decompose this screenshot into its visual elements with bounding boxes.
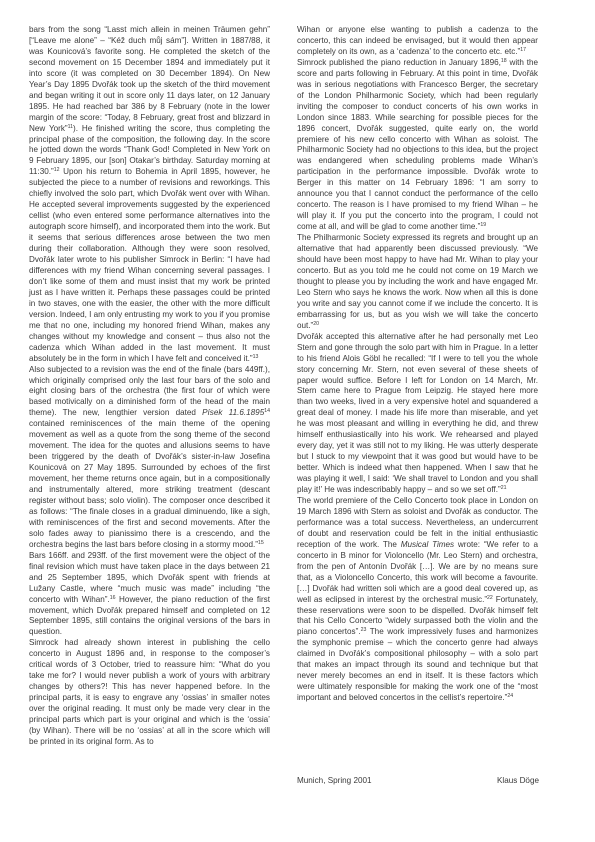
text-run: Simrock had already shown interest in pu… xyxy=(29,638,270,746)
footnote-ref: 15 xyxy=(258,540,264,546)
paragraph: Wihan or anyone else wanting to publish … xyxy=(297,25,538,58)
left-text-column: bars from the song “Lasst mich allein in… xyxy=(29,25,270,748)
signature-author: Klaus Döge xyxy=(497,776,539,785)
italic-text: Musical Times xyxy=(401,540,454,549)
footnote-ref: 14 xyxy=(264,408,270,414)
footnote-ref: 13 xyxy=(253,354,259,360)
signature-place-date: Munich, Spring 2001 xyxy=(297,776,372,785)
footnote-ref: 24 xyxy=(507,693,513,699)
paragraph: Bars 166ff. and 293ff. of the first move… xyxy=(29,551,270,639)
text-run: The work impressively fuses and harmoniz… xyxy=(297,627,538,702)
text-run: Dvořák accepted this alternative after h… xyxy=(297,332,538,494)
right-text-column: Wihan or anyone else wanting to publish … xyxy=(297,25,538,704)
text-run: Wihan or anyone else wanting to publish … xyxy=(297,25,538,56)
paragraph: bars from the song “Lasst mich allein in… xyxy=(29,25,270,365)
text-run: with the score and parts following in Fe… xyxy=(297,58,538,231)
document-page: bars from the song “Lasst mich allein in… xyxy=(0,0,595,842)
footnote-ref: 19 xyxy=(480,222,486,228)
paragraph: The world premiere of the Cello Concerto… xyxy=(297,496,538,704)
footnote-ref: 21 xyxy=(501,485,507,491)
text-run: Upon his return to Bohemia in April 1895… xyxy=(29,167,270,362)
text-run: Simrock published the piano reduction in… xyxy=(297,58,501,67)
paragraph: Simrock had already shown interest in pu… xyxy=(29,638,270,748)
paragraph: Also subjected to a revision was the end… xyxy=(29,365,270,551)
italic-text: Písek 11.6.1895 xyxy=(202,408,264,417)
text-run: The Philharmonic Society expressed its r… xyxy=(297,233,538,330)
text-run: bars from the song “Lasst mich allein in… xyxy=(29,25,270,133)
text-run: contained reminiscences of the main them… xyxy=(29,419,270,548)
paragraph: Simrock published the piano reduction in… xyxy=(297,58,538,233)
footnote-ref: 20 xyxy=(313,321,319,327)
footnote-ref: 17 xyxy=(520,47,526,53)
paragraph: Dvořák accepted this alternative after h… xyxy=(297,332,538,496)
signature-line: Munich, Spring 2001 Klaus Döge xyxy=(297,776,539,785)
paragraph: The Philharmonic Society expressed its r… xyxy=(297,233,538,332)
